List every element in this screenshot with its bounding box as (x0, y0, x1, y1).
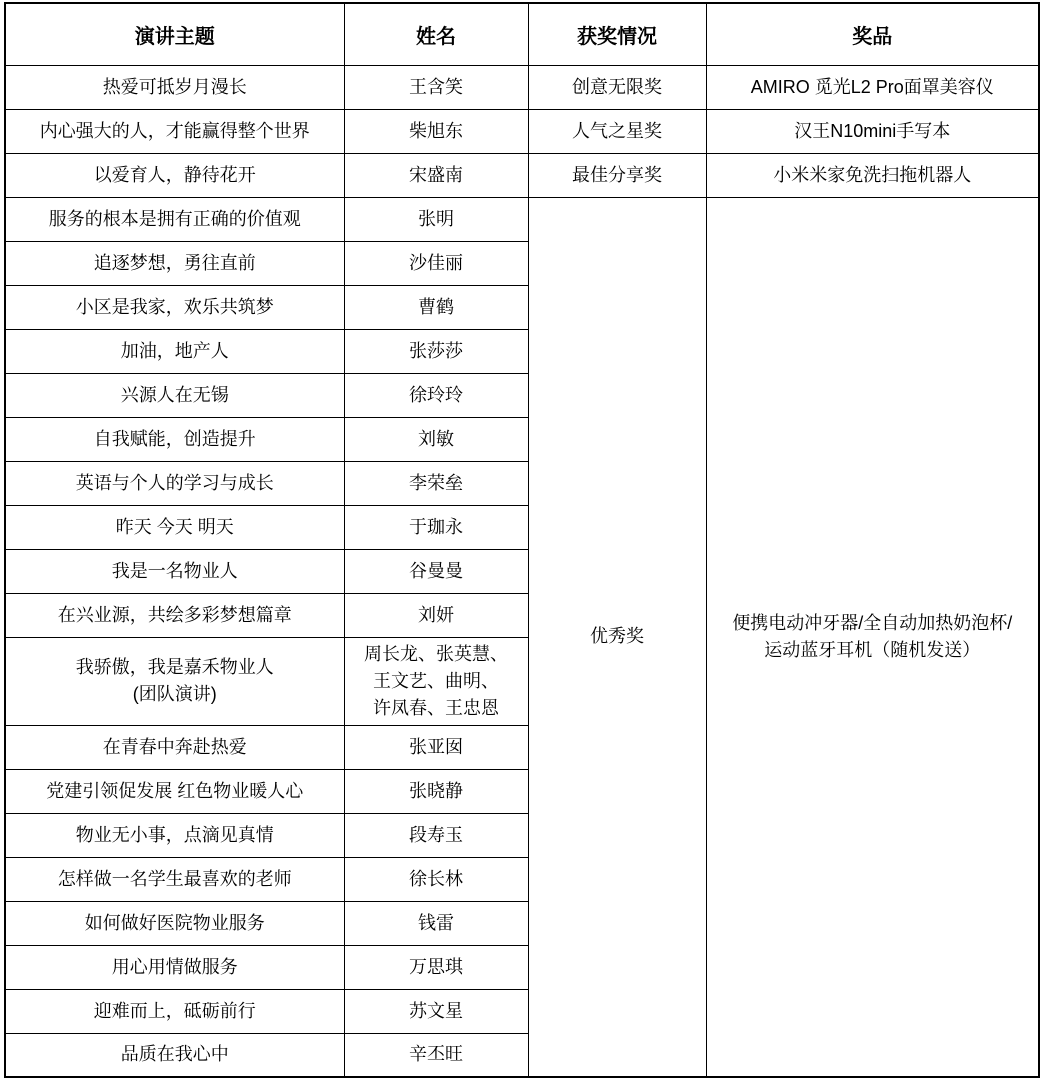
column-header-name: 姓名 (344, 3, 528, 65)
name-cell: 张明 (344, 197, 528, 241)
header-row: 演讲主题 姓名 获奖情况 奖品 (5, 3, 1039, 65)
name-cell: 谷曼曼 (344, 549, 528, 593)
topic-cell: 党建引领促发展 红色物业暖人心 (5, 769, 344, 813)
topic-cell: 如何做好医院物业服务 (5, 901, 344, 945)
topic-cell: 昨天 今天 明天 (5, 505, 344, 549)
topic-cell: 小区是我家，欢乐共筑梦 (5, 285, 344, 329)
topic-cell: 内心强大的人，才能赢得整个世界 (5, 109, 344, 153)
table-row: 服务的根本是拥有正确的价值观张明优秀奖便携电动冲牙器/全自动加热奶泡杯/ 运动蓝… (5, 197, 1039, 241)
page: 演讲主题 姓名 获奖情况 奖品 热爱可抵岁月漫长王含笑创意无限奖AMIRO 觅光… (0, 0, 1042, 1080)
award-cell-merged: 优秀奖 (528, 197, 706, 1077)
column-header-topic: 演讲主题 (5, 3, 344, 65)
name-cell: 刘妍 (344, 593, 528, 637)
name-cell: 张亚囡 (344, 725, 528, 769)
prize-cell: 汉王N10mini手写本 (706, 109, 1039, 153)
topic-cell: 我骄傲，我是嘉禾物业人 (团队演讲) (5, 637, 344, 725)
name-cell: 曹鹤 (344, 285, 528, 329)
topic-cell: 追逐梦想，勇往直前 (5, 241, 344, 285)
award-cell: 最佳分享奖 (528, 153, 706, 197)
topic-cell: 用心用情做服务 (5, 945, 344, 989)
topic-cell: 怎样做一名学生最喜欢的老师 (5, 857, 344, 901)
name-cell: 张晓静 (344, 769, 528, 813)
topic-cell: 自我赋能，创造提升 (5, 417, 344, 461)
topic-cell: 服务的根本是拥有正确的价值观 (5, 197, 344, 241)
column-header-award: 获奖情况 (528, 3, 706, 65)
name-cell: 钱雷 (344, 901, 528, 945)
name-cell: 宋盛南 (344, 153, 528, 197)
award-cell: 人气之星奖 (528, 109, 706, 153)
topic-cell: 我是一名物业人 (5, 549, 344, 593)
name-cell: 刘敏 (344, 417, 528, 461)
topic-cell: 迎难而上，砥砺前行 (5, 989, 344, 1033)
prize-cell-merged: 便携电动冲牙器/全自动加热奶泡杯/ 运动蓝牙耳机（随机发送） (706, 197, 1039, 1077)
name-cell: 徐玲玲 (344, 373, 528, 417)
name-cell: 于珈永 (344, 505, 528, 549)
topic-cell: 热爱可抵岁月漫长 (5, 65, 344, 109)
name-cell: 段寿玉 (344, 813, 528, 857)
column-header-prize: 奖品 (706, 3, 1039, 65)
topic-cell: 兴源人在无锡 (5, 373, 344, 417)
name-cell: 王含笑 (344, 65, 528, 109)
name-cell: 徐长林 (344, 857, 528, 901)
awards-table: 演讲主题 姓名 获奖情况 奖品 热爱可抵岁月漫长王含笑创意无限奖AMIRO 觅光… (4, 2, 1040, 1078)
prize-cell: AMIRO 觅光L2 Pro面罩美容仪 (706, 65, 1039, 109)
topic-cell: 物业无小事，点滴见真情 (5, 813, 344, 857)
name-cell: 苏文星 (344, 989, 528, 1033)
name-cell: 万思琪 (344, 945, 528, 989)
topic-cell: 品质在我心中 (5, 1033, 344, 1077)
name-cell: 辛丕旺 (344, 1033, 528, 1077)
table-row: 以爱育人，静待花开宋盛南最佳分享奖小米米家免洗扫拖机器人 (5, 153, 1039, 197)
topic-cell: 在青春中奔赴热爱 (5, 725, 344, 769)
awards-table-body: 热爱可抵岁月漫长王含笑创意无限奖AMIRO 觅光L2 Pro面罩美容仪内心强大的… (5, 65, 1039, 1077)
table-row: 内心强大的人，才能赢得整个世界柴旭东人气之星奖汉王N10mini手写本 (5, 109, 1039, 153)
name-cell: 柴旭东 (344, 109, 528, 153)
name-cell: 沙佳丽 (344, 241, 528, 285)
name-cell: 周长龙、张英慧、 王文艺、曲明、 许凤春、王忠恩 (344, 637, 528, 725)
name-cell: 李荣垒 (344, 461, 528, 505)
topic-cell: 加油，地产人 (5, 329, 344, 373)
topic-cell: 在兴业源，共绘多彩梦想篇章 (5, 593, 344, 637)
topic-cell: 英语与个人的学习与成长 (5, 461, 344, 505)
award-cell: 创意无限奖 (528, 65, 706, 109)
topic-cell: 以爱育人，静待花开 (5, 153, 344, 197)
prize-cell: 小米米家免洗扫拖机器人 (706, 153, 1039, 197)
table-row: 热爱可抵岁月漫长王含笑创意无限奖AMIRO 觅光L2 Pro面罩美容仪 (5, 65, 1039, 109)
name-cell: 张莎莎 (344, 329, 528, 373)
